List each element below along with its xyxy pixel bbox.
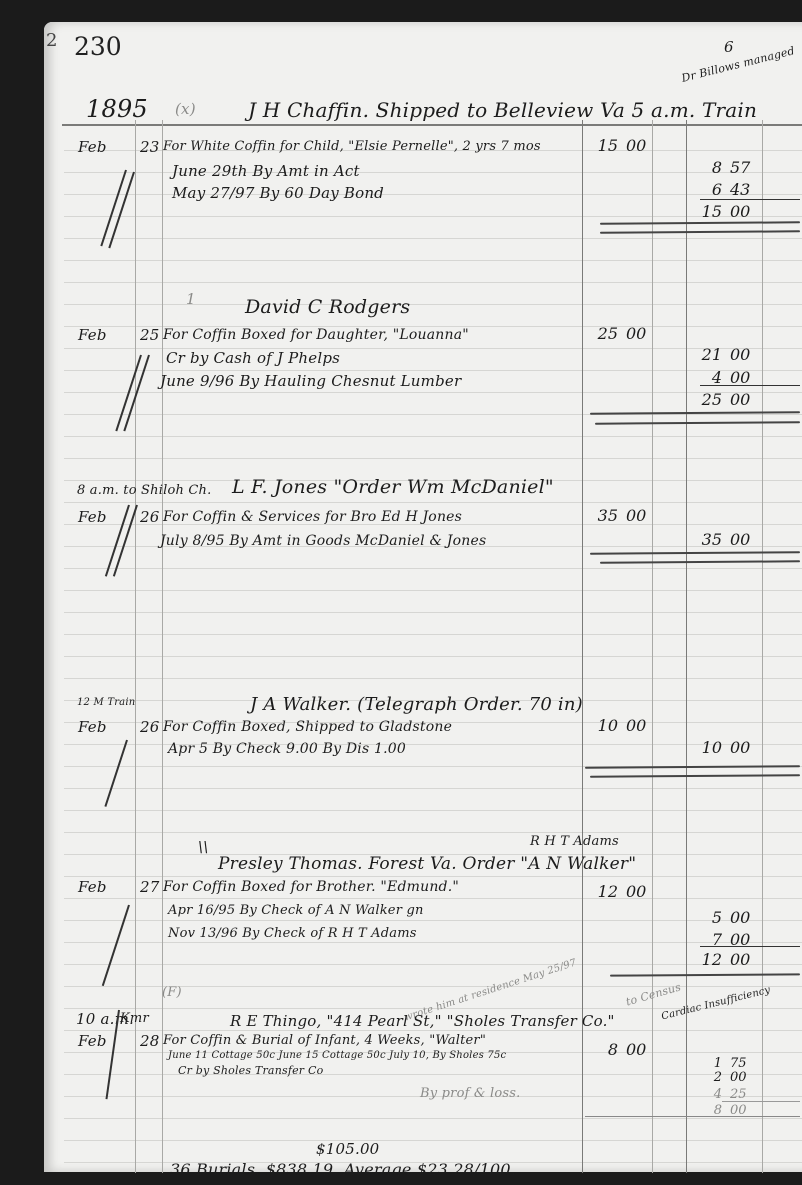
ruled-line [64, 502, 802, 503]
heading-note: R H T Adams [530, 834, 619, 849]
ruled-line [64, 656, 802, 657]
entry-month: Feb [78, 138, 107, 156]
entry-description: For Coffin & Burial of Infant, 4 Weeks, … [163, 1033, 486, 1048]
total-amount: 2500 [682, 390, 760, 409]
credit-amount: 857 [682, 158, 760, 177]
debit-amount: 2500 [578, 324, 656, 343]
year: 1895 [86, 95, 148, 123]
entry-month: Feb [78, 1032, 107, 1050]
ruled-line [64, 568, 802, 569]
ruled-line [64, 238, 802, 239]
entry-heading: Presley Thomas. Forest Va. Order "A N Wa… [218, 854, 636, 874]
debit-amount: 1500 [578, 136, 656, 155]
margin-note: Kmr [120, 1011, 149, 1026]
ruled-line [64, 612, 802, 613]
total-amount: 1500 [682, 202, 760, 221]
entry-heading: L F. Jones "Order Wm McDaniel" [232, 476, 554, 498]
ruled-line [64, 282, 802, 283]
entry-day: 25 [140, 326, 160, 344]
ruled-line [64, 898, 802, 899]
credit-line: Nov 13/96 By Check of R H T Adams [168, 926, 417, 941]
credit-amount: 643 [682, 180, 760, 199]
page-number: 230 [74, 32, 122, 61]
credit-cents-rule [762, 120, 763, 1173]
ruled-line [64, 876, 802, 877]
entry-description: For Coffin Boxed for Daughter, "Louanna" [163, 327, 469, 343]
debit-amount: 800 [578, 1040, 656, 1059]
header-rule [62, 124, 802, 126]
sub-line: June 11 Cottage 50c June 15 Cottage 50c … [168, 1050, 506, 1061]
credit-amount: 500 [682, 908, 760, 927]
margin-time: 8 a.m. to Shiloh Ch. [77, 483, 211, 498]
debit-amount: 1200 [578, 882, 656, 901]
ruled-line [64, 436, 802, 437]
entry-mark: (F) [162, 985, 182, 1000]
entry-day: 27 [140, 878, 160, 896]
ruled-line [64, 414, 802, 415]
ruled-line [64, 458, 802, 459]
credit-amount: 1000 [682, 738, 760, 757]
faint-remark: By prof & loss. [420, 1086, 521, 1101]
entry-month: Feb [78, 878, 107, 896]
entry-day: 26 [140, 718, 160, 736]
total-amount: 1200 [682, 950, 760, 969]
credit-line: June 9/96 By Hauling Chesnut Lumber [160, 372, 461, 390]
entry-mark: 1 [186, 290, 196, 308]
summary-total: $105.00 [316, 1140, 379, 1158]
debit-amount: 3500 [578, 506, 656, 525]
sum-underline [700, 946, 800, 947]
entry-description: For White Coffin for Child, "Elsie Perne… [163, 139, 541, 154]
entry-heading: R E Thingo, "414 Pearl St," "Sholes Tran… [230, 1012, 615, 1030]
ruled-line [64, 1118, 802, 1119]
credit-line: Apr 5 By Check 9.00 By Dis 1.00 [168, 741, 406, 757]
ruled-line [64, 832, 802, 833]
corner-mark: 6 [724, 38, 734, 56]
credit-line: Cr by Cash of J Phelps [166, 349, 340, 367]
entry-month: Feb [78, 718, 107, 736]
credit-line: May 27/97 By 60 Day Bond [172, 184, 384, 202]
ruled-line [64, 634, 802, 635]
credit-amount: 3500 [682, 530, 760, 549]
ruled-line [64, 1140, 802, 1141]
ruled-line [64, 1030, 802, 1031]
entry-day: 28 [140, 1032, 160, 1050]
entry-heading: J H Chaffin. Shipped to Belleview Va 5 a… [248, 98, 757, 122]
ruled-line [64, 260, 802, 261]
credit-line: June 29th By Amt in Act [172, 162, 360, 180]
entry-description: For Coffin & Services for Bro Ed H Jones [163, 509, 462, 525]
credit-amount: 175 [682, 1056, 760, 1071]
entry-description: For Coffin Boxed for Brother. "Edmund." [163, 879, 459, 895]
entry-mark: (x) [175, 100, 196, 118]
entry-description: For Coffin Boxed, Shipped to Gladstone [163, 719, 452, 735]
margin-time: 12 M Train [77, 697, 135, 708]
ruled-line [64, 788, 802, 789]
ruled-line [64, 678, 802, 679]
credit-amount: 2100 [682, 345, 760, 364]
entry-day: 26 [140, 508, 160, 526]
debit-cents-rule [652, 120, 653, 1173]
sum-underline [700, 199, 800, 200]
credit-line: Apr 16/95 By Check of A N Walker gn [168, 903, 424, 918]
day-column-rule [162, 120, 163, 1173]
ruled-line [64, 304, 802, 305]
debit-amount: 1000 [578, 716, 656, 735]
entry-month: Feb [78, 326, 107, 344]
ruled-line [64, 590, 802, 591]
sum-underline [700, 385, 800, 386]
entry-mark: \\ [198, 838, 209, 856]
margin-mark: 2 [46, 30, 57, 51]
faint-credit-amount: 425 [682, 1087, 760, 1102]
entry-month: Feb [78, 508, 107, 526]
credit-line: Cr by Sholes Transfer Co [178, 1064, 323, 1077]
summary-line: 36 Burials. $838.19. Average $23 28/100. [170, 1160, 516, 1179]
entry-heading: J A Walker. (Telegraph Order. 70 in) [250, 694, 583, 715]
credit-line: July 8/95 By Amt in Goods McDaniel & Jon… [160, 533, 486, 549]
entry-heading: David C Rodgers [245, 296, 410, 318]
entry-day: 23 [140, 138, 160, 156]
ruled-line [64, 810, 802, 811]
closing-rule [585, 1116, 800, 1117]
sum-underline [722, 1101, 800, 1102]
credit-amount: 200 [682, 1070, 760, 1085]
